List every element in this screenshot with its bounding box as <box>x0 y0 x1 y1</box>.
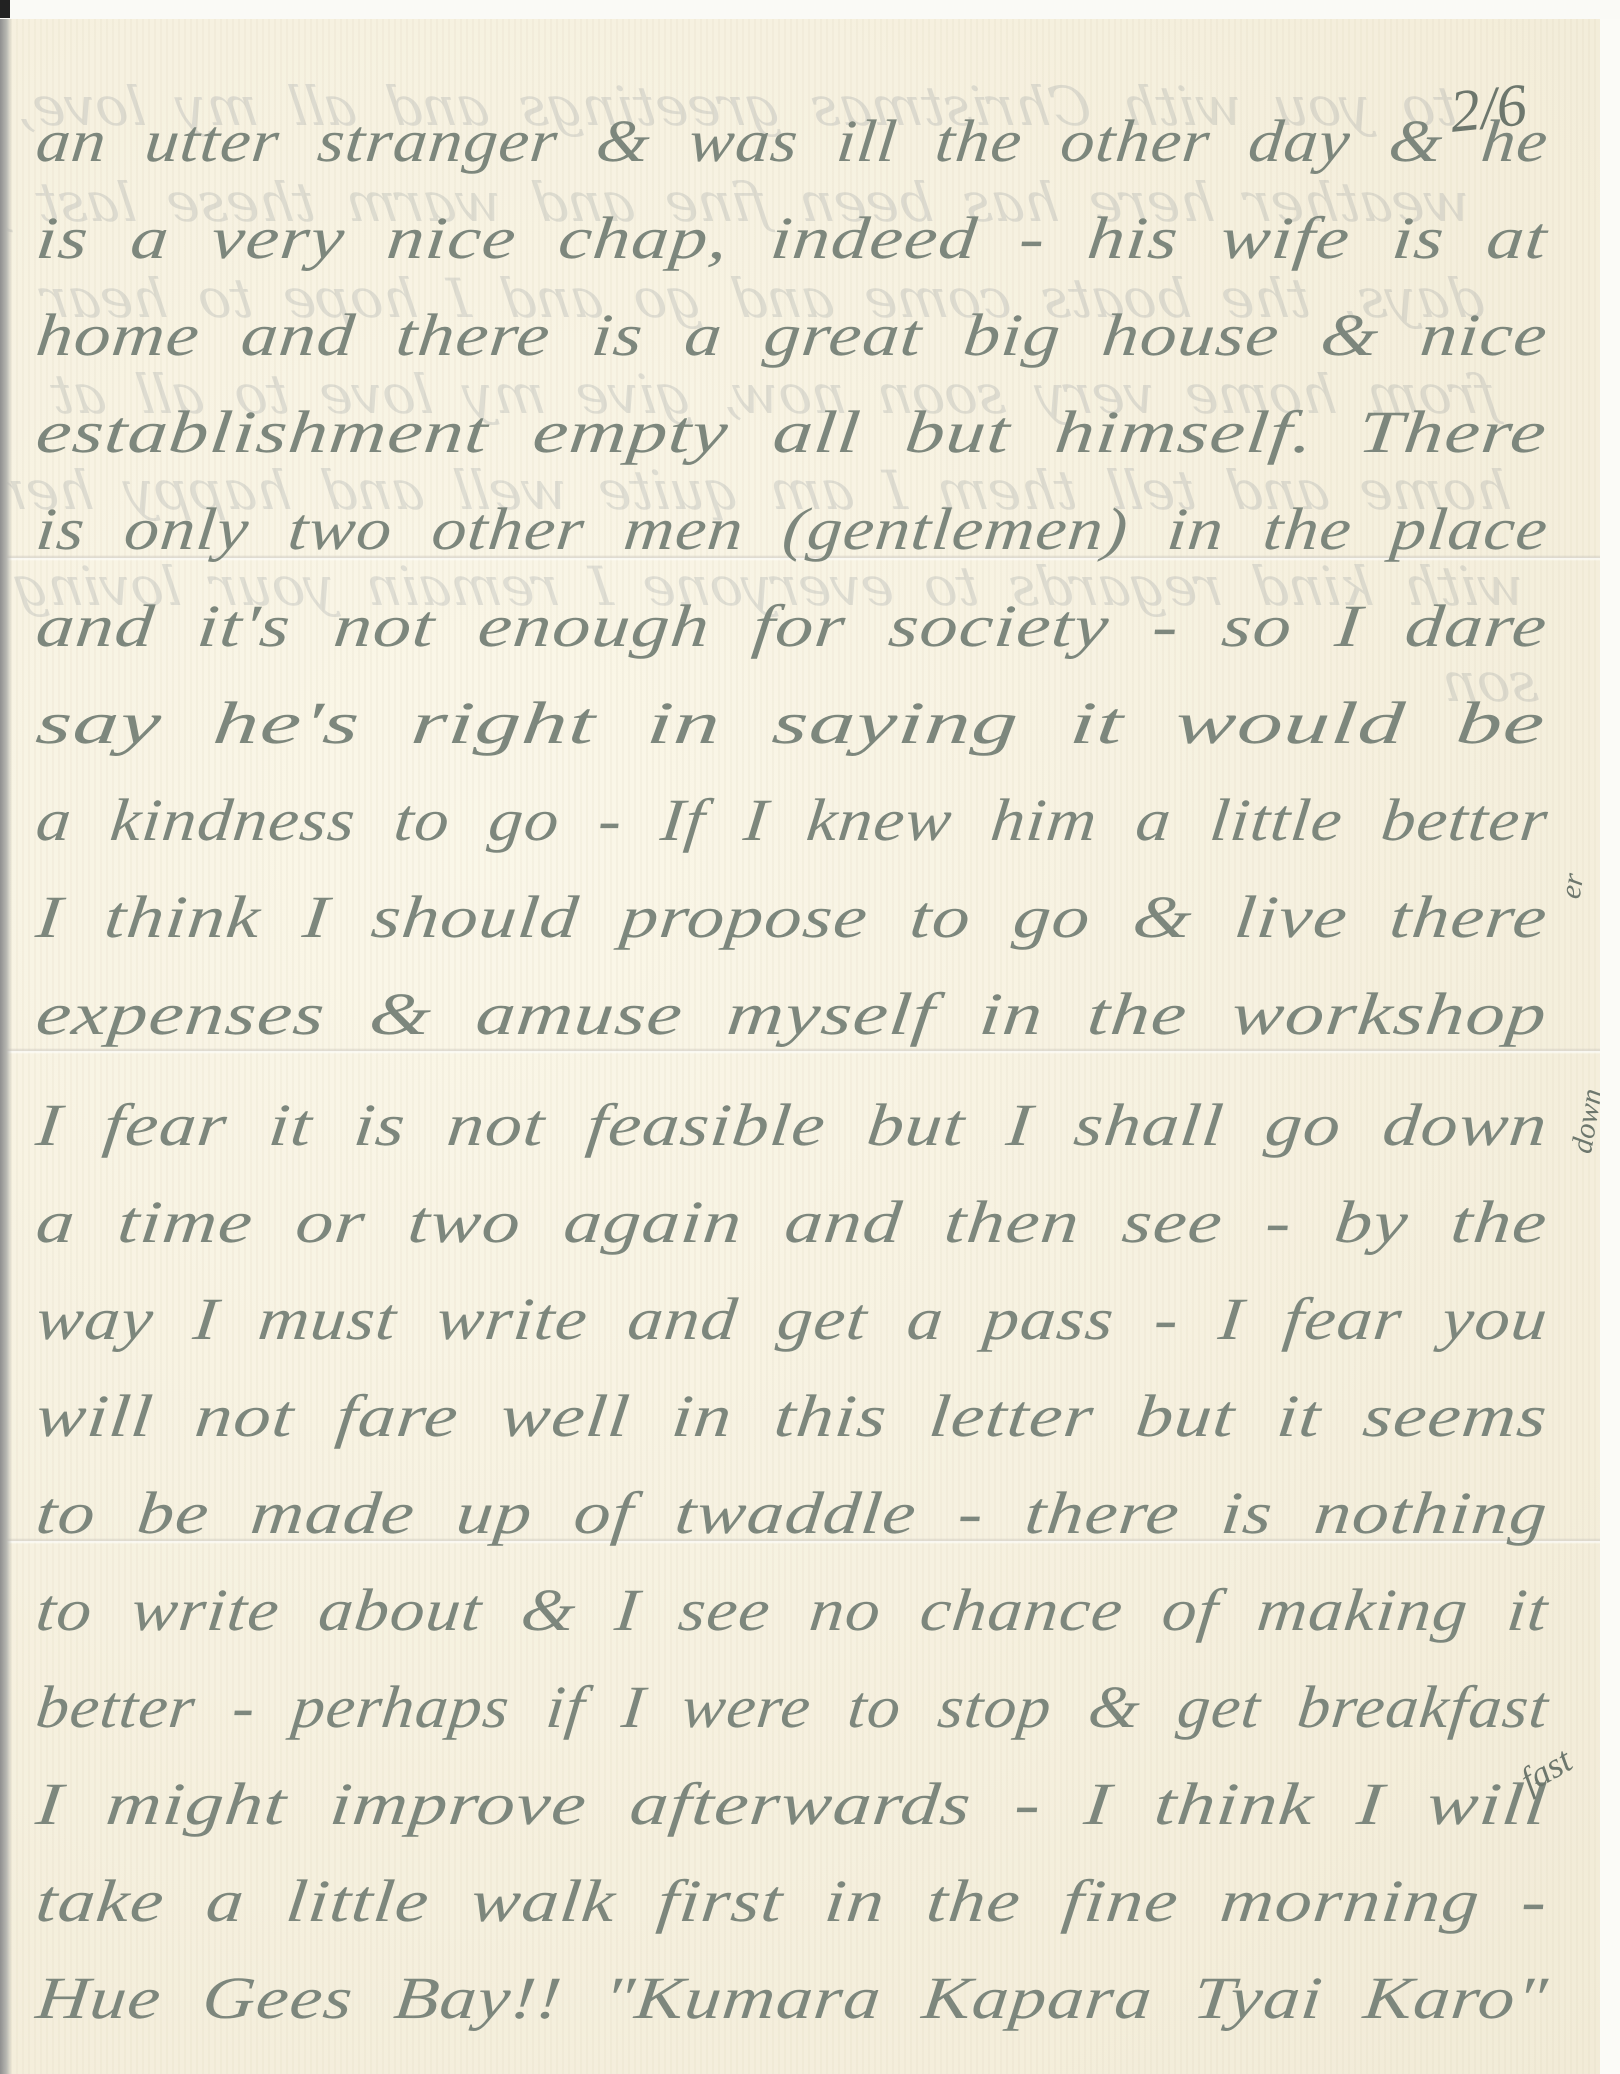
handwritten-line: expenses & amuse myself in the workshop <box>33 952 1598 1049</box>
handwritten-line: a kindness to go - If I knew him a littl… <box>33 758 1598 855</box>
scan-top-margin <box>0 0 1620 19</box>
handwritten-line: way I must write and get a pass - I fear… <box>33 1257 1598 1354</box>
handwritten-line: to write about & I see no chance of maki… <box>33 1548 1598 1645</box>
scan-corner-shadow <box>0 0 10 18</box>
handwritten-line: I might improve afterwards - I think I w… <box>33 1742 1598 1839</box>
handwritten-line: is a very nice chap, indeed - his wife i… <box>33 176 1598 273</box>
letter-page: to you with Christmas greetings and all … <box>0 19 1600 2074</box>
handwritten-line: better - perhaps if I were to stop & get… <box>33 1645 1598 1742</box>
handwritten-line: Hue Gees Bay!! "Kumara Kapara Tyai Karo" <box>33 1936 1598 2033</box>
handwritten-lines: an utter stranger & was ill the other da… <box>38 79 1593 2033</box>
handwritten-line: and it's not enough for society - so I d… <box>33 564 1598 661</box>
handwritten-line: home and there is a great big house & ni… <box>33 273 1598 370</box>
handwritten-line: will not fare well in this letter but it… <box>33 1354 1598 1451</box>
handwritten-line: establishment empty all but himself. The… <box>33 370 1598 467</box>
page-number-mark: 2/6 <box>1447 70 1530 147</box>
handwritten-line: I think I should propose to go & live th… <box>33 855 1598 952</box>
handwritten-line: take a little walk first in the fine mor… <box>33 1839 1598 1936</box>
handwritten-line: a time or two again and then see - by th… <box>33 1160 1598 1257</box>
handwritten-line: is only two other men (gentlemen) in the… <box>33 467 1598 564</box>
handwritten-line: I fear it is not feasible but I shall go… <box>33 1063 1598 1160</box>
handwritten-line: say he's right in saying it would be <box>33 661 1598 758</box>
handwritten-line: to be made up of twaddle - there is noth… <box>33 1451 1598 1548</box>
scan-left-shadow <box>0 19 12 2074</box>
handwritten-line: an utter stranger & was ill the other da… <box>33 79 1598 176</box>
